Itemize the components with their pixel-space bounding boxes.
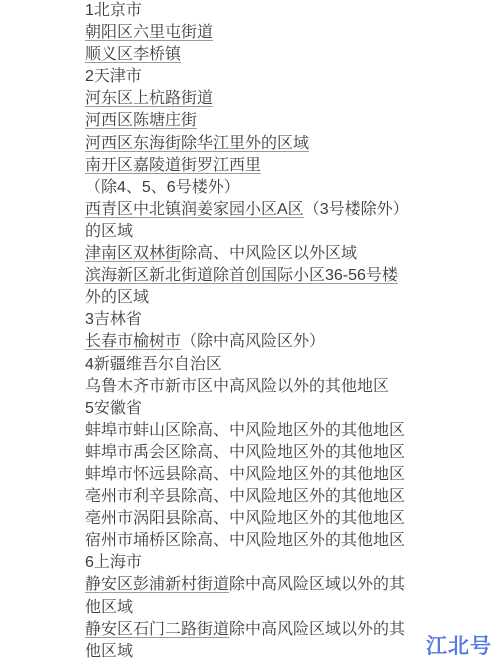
region-item: 河东区上杭路街道 bbox=[85, 88, 408, 110]
text-segment: 蚌埠市蚌山区除高、中风险地区外的其他地区 bbox=[85, 422, 405, 439]
region-link[interactable]: 河西区陈塘庄街 bbox=[85, 112, 197, 129]
region-link[interactable]: 顺义区李桥镇 bbox=[85, 46, 181, 63]
text-segment: 2天津市 bbox=[85, 68, 142, 85]
region-item: 津南区双林街除高、中风险区以外区域 bbox=[85, 243, 408, 265]
region-item: 南开区嘉陵道街罗江西里（除4、5、6号楼外） bbox=[85, 155, 408, 199]
province-header: 4新疆维吾尔自治区 bbox=[85, 354, 408, 376]
region-item: 顺义区李桥镇 bbox=[85, 44, 408, 66]
region-item: 蚌埠市禹会区除高、中风险地区外的其他地区 bbox=[85, 442, 408, 464]
region-link[interactable]: 静安区石门二路街道 bbox=[85, 621, 229, 638]
text-segment: 5安徽省 bbox=[85, 400, 142, 417]
text-segment: 除高、中风险区以外区域 bbox=[181, 245, 357, 262]
text-segment: （除中高风险区外） bbox=[181, 333, 325, 350]
region-item: 亳州市涡阳县除高、中风险地区外的其他地区 bbox=[85, 508, 408, 530]
text-segment: 乌鲁木齐市新市区中高风险以外的其他地区 bbox=[85, 378, 389, 395]
region-link[interactable]: 静安区彭浦新村街道 bbox=[85, 576, 229, 593]
text-segment: 蚌埠市禹会区除高、中风险地区外的其他地区 bbox=[85, 444, 405, 461]
text-segment: 4新疆维吾尔自治区 bbox=[85, 356, 222, 373]
text-segment: 外的区域 bbox=[85, 289, 149, 306]
text-segment: 亳州市利辛县除高、中风险地区外的其他地区 bbox=[85, 488, 405, 505]
region-link[interactable]: 滨海新区新北街道除首创国际小区36-56号楼 bbox=[85, 267, 398, 284]
region-item: 亳州市利辛县除高、中风险地区外的其他地区 bbox=[85, 486, 408, 508]
text-segment: 蚌埠市怀远县除高、中风险地区外的其他地区 bbox=[85, 466, 405, 483]
region-item: 河西区陈塘庄街 bbox=[85, 110, 408, 132]
text-segment: （除4、5、6号楼外） bbox=[85, 179, 240, 196]
province-header: 1北京市 bbox=[85, 0, 408, 22]
text-segment: 亳州市涡阳县除高、中风险地区外的其他地区 bbox=[85, 510, 405, 527]
region-item: 长春市榆树市（除中高风险区外） bbox=[85, 331, 408, 353]
text-segment: 3吉林省 bbox=[85, 311, 142, 328]
province-header: 6上海市 bbox=[85, 552, 408, 574]
region-item: 宿州市埇桥区除高、中风险地区外的其他地区 bbox=[85, 530, 408, 552]
province-header: 3吉林省 bbox=[85, 309, 408, 331]
region-link[interactable]: 津南区双林街 bbox=[85, 245, 181, 262]
text-segment: 1北京市 bbox=[85, 2, 142, 19]
region-link[interactable]: 南开区嘉陵道街罗江西里 bbox=[85, 157, 261, 174]
region-item: 河西区东海街除华江里外的区域 bbox=[85, 133, 408, 155]
region-item: 静安区彭浦新村街道除中高风险区域以外的其他区域 bbox=[85, 574, 408, 618]
region-list: 1北京市朝阳区六里屯街道顺义区李桥镇2天津市河东区上杭路街道河西区陈塘庄街河西区… bbox=[85, 0, 408, 663]
region-link[interactable]: 西青区中北镇润姜家园小区A区 bbox=[85, 201, 304, 218]
region-link[interactable]: 朝阳区六里屯街道 bbox=[85, 24, 213, 41]
region-item: 蚌埠市怀远县除高、中风险地区外的其他地区 bbox=[85, 464, 408, 486]
region-item: 静安区石门二路街道除中高风险区域以外的其他区域 bbox=[85, 619, 408, 663]
publisher-watermark: 江北号 bbox=[426, 630, 492, 660]
region-link[interactable]: 河西区东海街除华江里外的区域 bbox=[85, 135, 309, 152]
province-header: 2天津市 bbox=[85, 66, 408, 88]
text-segment: 宿州市埇桥区除高、中风险地区外的其他地区 bbox=[85, 532, 405, 549]
province-header: 5安徽省 bbox=[85, 398, 408, 420]
region-item: 滨海新区新北街道除首创国际小区36-56号楼外的区域 bbox=[85, 265, 408, 309]
region-item: 蚌埠市蚌山区除高、中风险地区外的其他地区 bbox=[85, 420, 408, 442]
text-segment: 6上海市 bbox=[85, 554, 142, 571]
region-link[interactable]: 河东区上杭路街道 bbox=[85, 90, 213, 107]
region-item: 乌鲁木齐市新市区中高风险以外的其他地区 bbox=[85, 376, 408, 398]
region-link[interactable]: 长春市榆树市 bbox=[85, 333, 181, 350]
region-item: 西青区中北镇润姜家园小区A区（3号楼除外）的区域 bbox=[85, 199, 408, 243]
region-item: 朝阳区六里屯街道 bbox=[85, 22, 408, 44]
